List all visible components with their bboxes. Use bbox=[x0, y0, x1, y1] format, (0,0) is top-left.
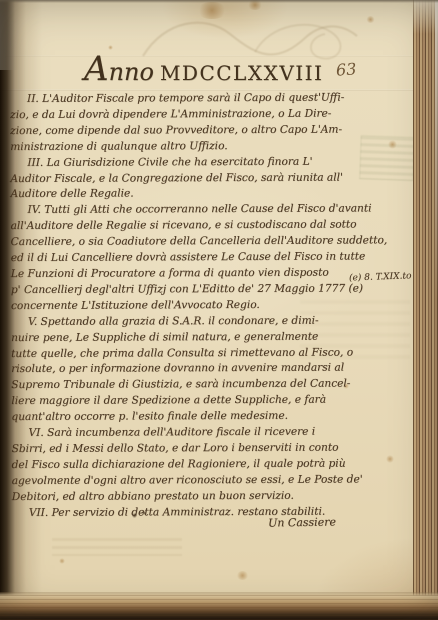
foxing-spot bbox=[366, 16, 375, 23]
manuscript-line: ed il di Lui Cancelliere dovrà assistere… bbox=[11, 249, 403, 267]
decorated-initial: A bbox=[84, 49, 109, 89]
manuscript-line: quant'altro occorre p. l'esito finale de… bbox=[11, 408, 403, 426]
manuscript-line: V. Spettando alla grazia di S.A.R. il co… bbox=[11, 313, 403, 331]
manuscript-line: zione, come dipende dal suo Provveditore… bbox=[10, 122, 402, 140]
manuscript-line: II. L'Auditor Fiscale pro tempore sarà i… bbox=[10, 90, 402, 108]
manuscript-line: p' Cancellierj degl'altri Uffizj con L'E… bbox=[11, 281, 403, 299]
manuscript-line: ministrazione di qualunque altro Uffizio… bbox=[10, 138, 402, 156]
manuscript-line: agevolmente d'ogni altro aver riconosciu… bbox=[12, 472, 404, 490]
manuscript-line: IV. Tutti gli Atti che occorreranno nell… bbox=[10, 202, 402, 220]
manuscript-line: VII. Per servizio di detta Amministraz. … bbox=[12, 504, 404, 522]
foxing-spot bbox=[196, 2, 228, 19]
manuscript-line: Debitori, ed altro abbiano prestato un b… bbox=[12, 488, 404, 506]
year-word: Anno bbox=[84, 65, 154, 84]
manuscript-line: Auditore delle Regalie. bbox=[10, 186, 402, 204]
foxing-spot bbox=[59, 558, 65, 564]
manuscript-line: tutte quelle, che prima dalla Consulta s… bbox=[11, 345, 403, 363]
manuscript-line: Le Funzioni di Procuratore a forma di qu… bbox=[11, 265, 403, 283]
manuscript-text-block: II. L'Auditor Fiscale pro tempore sarà i… bbox=[10, 90, 404, 521]
manuscript-line: nuire pene, Le Suppliche di simil natura… bbox=[11, 329, 403, 347]
manuscript-line: liere maggiore il dare Spedizione a dett… bbox=[11, 393, 403, 411]
manuscript-line: risolute, o per informazione dovranno in… bbox=[11, 361, 403, 379]
foxing-spot bbox=[247, 0, 263, 10]
catchword: Un Cassiere bbox=[268, 515, 336, 529]
manuscript-line: Supremo Tribunale di Giustizia, e sarà i… bbox=[11, 377, 403, 395]
manuscript-line: del Fisco sulla dichiarazione del Ragion… bbox=[12, 456, 404, 474]
manuscript-line: Sbirri, ed i Messi dello Stato, e dar Lo… bbox=[12, 440, 404, 458]
manuscript-line: Auditor Fiscale, e la Congregazione del … bbox=[10, 170, 402, 188]
ink-showthrough-lines bbox=[52, 538, 182, 556]
folio-number: 63 bbox=[335, 59, 357, 79]
manuscript-page: AnnoMDCCLXXVIII 63 II. L'Auditor Fiscale… bbox=[0, 0, 438, 620]
margin-reference-note: (e) 8. T.XIX.to 162 bbox=[349, 271, 432, 284]
book-photo: AnnoMDCCLXXVIII 63 II. L'Auditor Fiscale… bbox=[0, 0, 438, 620]
manuscript-line: VI. Sarà incumbenza dell'Auditore fiscal… bbox=[11, 424, 403, 442]
manuscript-line: all'Auditore delle Regalie si ricevano, … bbox=[11, 218, 403, 236]
manuscript-line: III. La Giurisdizione Civile che ha eser… bbox=[10, 154, 402, 172]
manuscript-line: Cancelliere, o sia Coadiutore della Canc… bbox=[11, 233, 403, 251]
manuscript-line: zio, e da Lui dovrà dipendere L'Amminist… bbox=[10, 106, 402, 124]
page-header: AnnoMDCCLXXVIII bbox=[84, 52, 323, 86]
manuscript-line: concernente L'Istituzione dell'Avvocato … bbox=[11, 297, 403, 315]
year-roman-numerals: MDCCLXXVIII bbox=[160, 61, 324, 85]
foxing-spot bbox=[236, 571, 249, 580]
